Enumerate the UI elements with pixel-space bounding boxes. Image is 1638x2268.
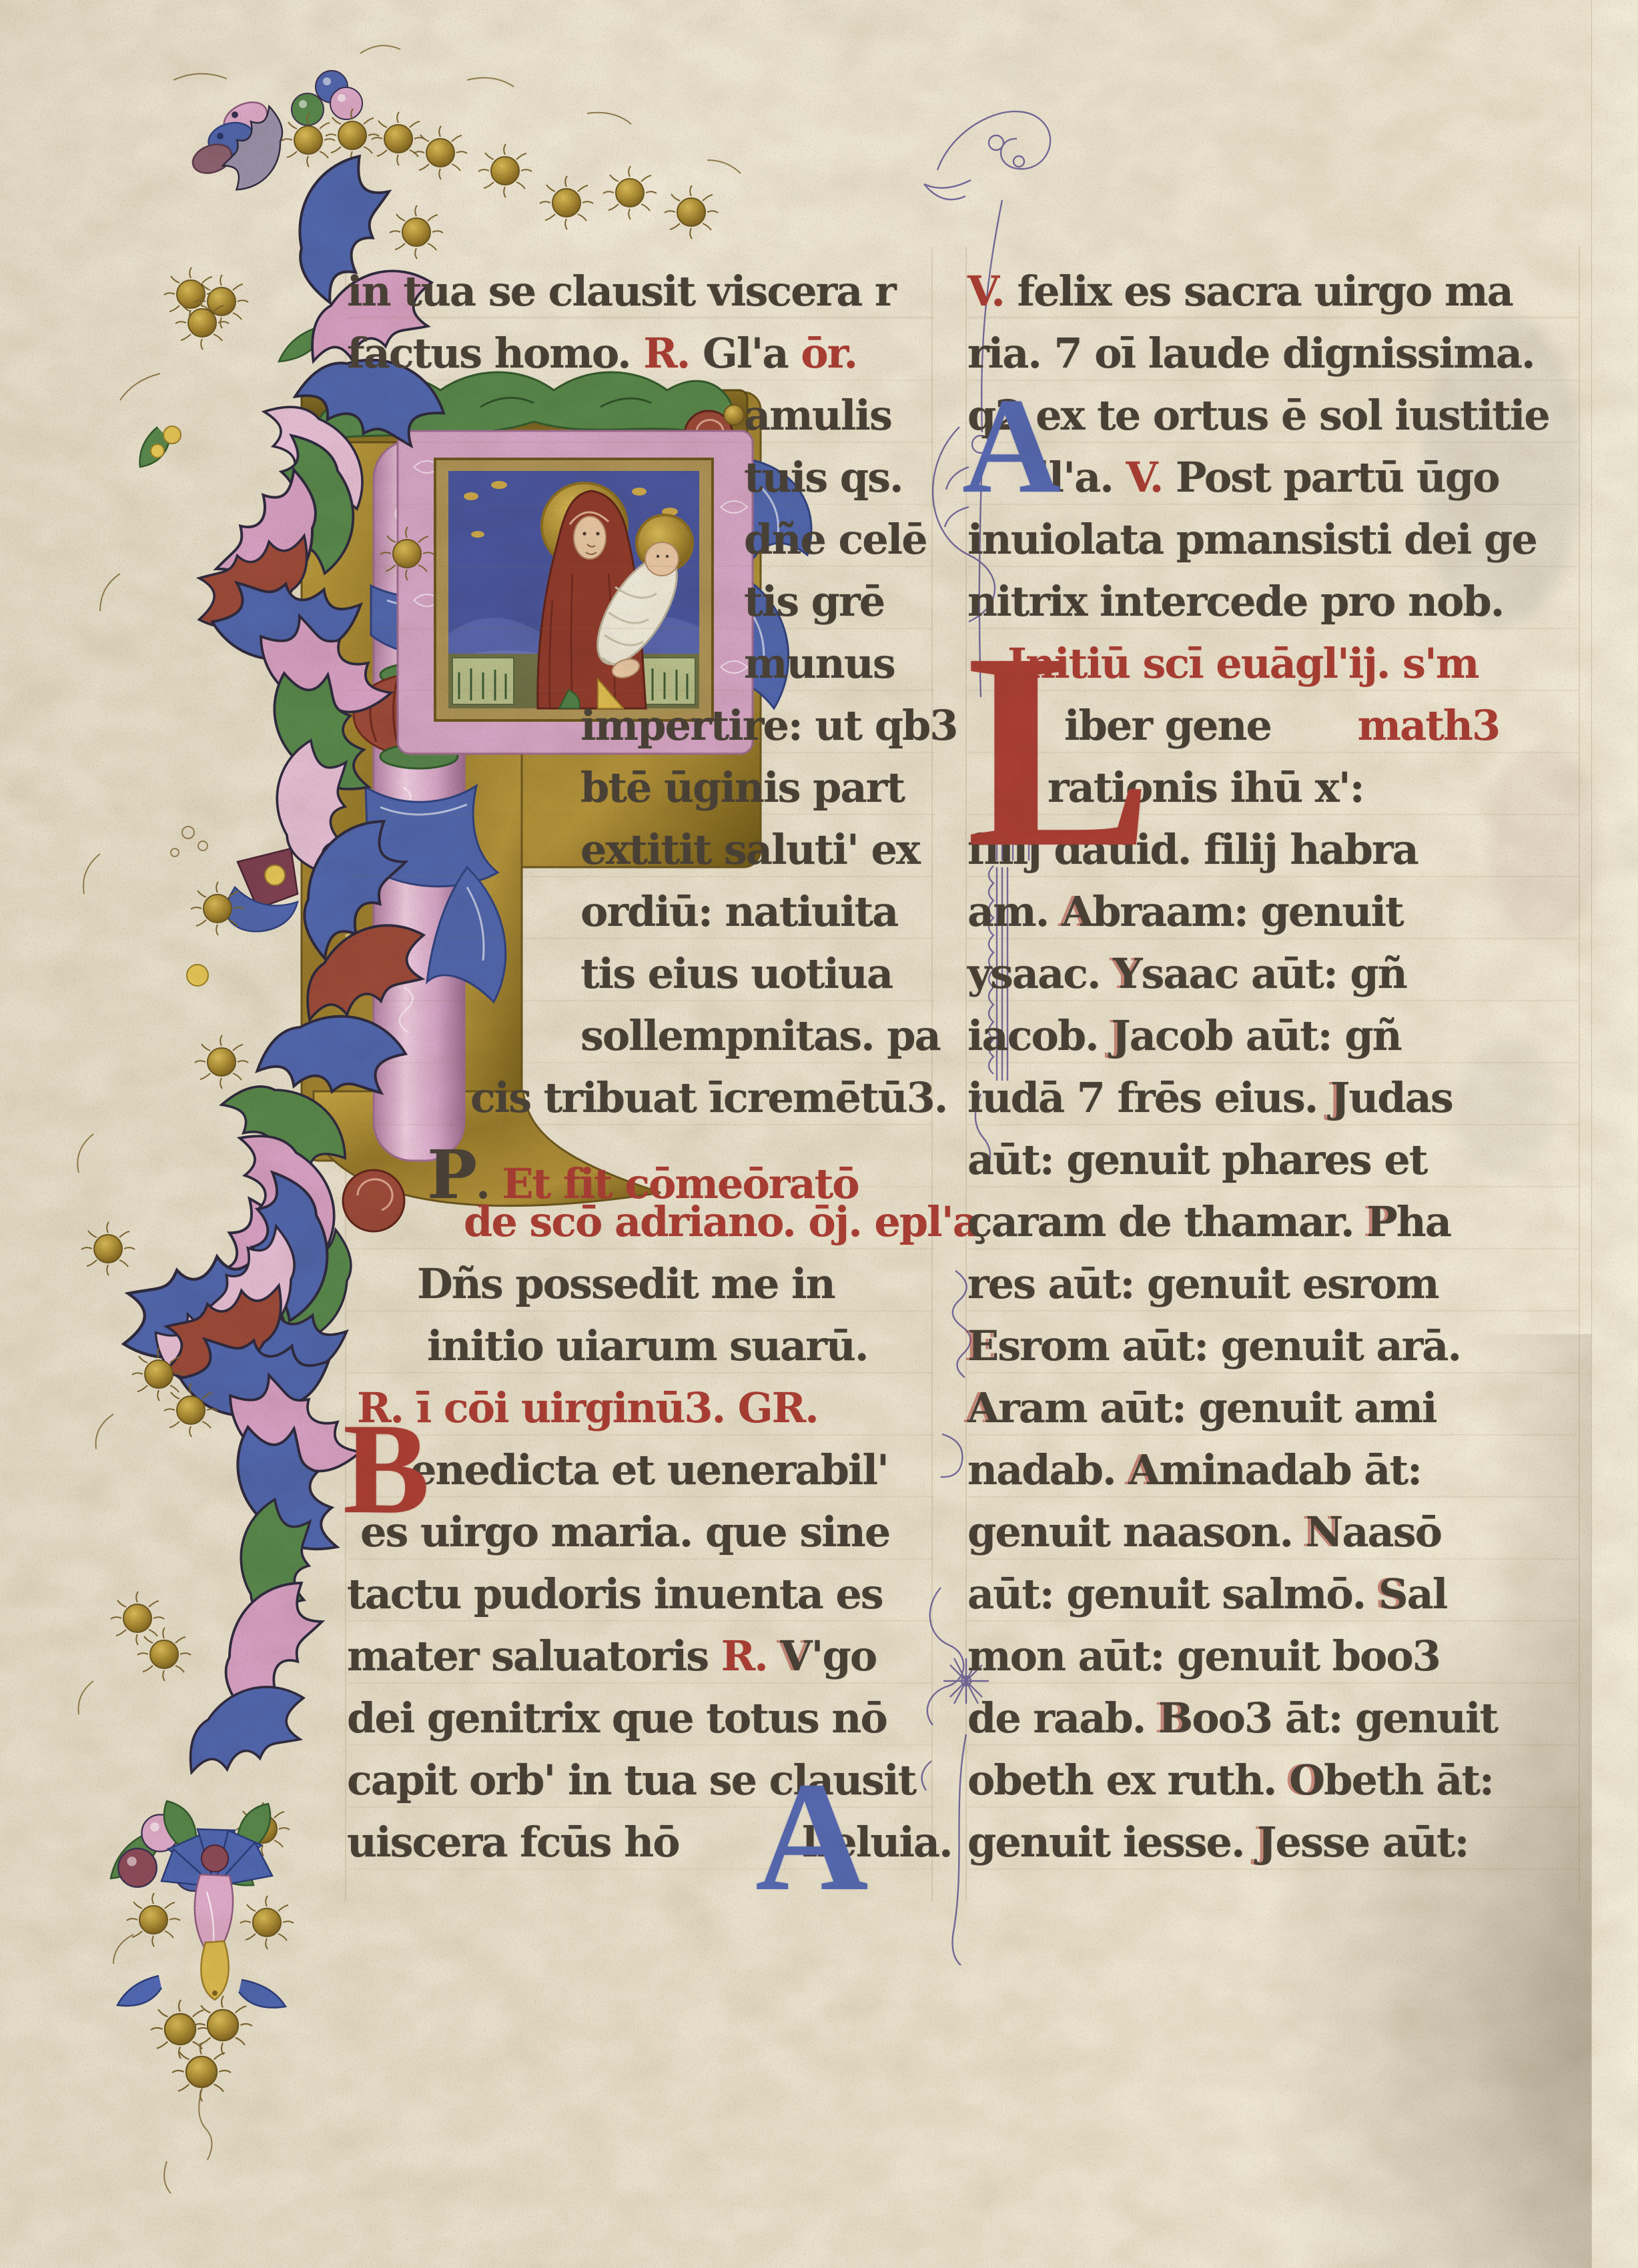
text-line: initio uiarum suarū. bbox=[427, 1321, 868, 1383]
body-text: tis grē bbox=[744, 577, 884, 626]
body-text: J bbox=[1330, 1073, 1348, 1122]
rubric-text: de scō adriano. ōj. epl'a bbox=[464, 1197, 978, 1246]
text-line: dei genitrix que totus nō bbox=[347, 1694, 887, 1756]
body-text: minadab āt: bbox=[1159, 1446, 1421, 1494]
body-text: munus bbox=[744, 639, 895, 688]
rubric-text: V. bbox=[967, 267, 1017, 316]
body-text: oo3 āt: genuit bbox=[1192, 1694, 1497, 1742]
text-line: factus homo. R. Gl'a ōr. bbox=[347, 329, 857, 391]
body-text: sollempnitas. pa bbox=[580, 1011, 940, 1060]
manuscript-page: in tua se clausit viscera rfactus homo. … bbox=[0, 0, 1638, 2268]
body-text: esse aūt: bbox=[1276, 1818, 1469, 1866]
text-line: iacob. Jacob aūt: gñ bbox=[967, 1011, 1401, 1073]
body-text: Gl'a bbox=[703, 329, 801, 378]
body-text: genuit iesse. bbox=[967, 1818, 1257, 1866]
left-text-column: in tua se clausit viscera rfactus homo. … bbox=[347, 267, 934, 1881]
text-line: tactu pudoris inuenta es bbox=[347, 1570, 883, 1632]
text-line: ysaac. Ysaac aūt: gñ bbox=[967, 949, 1406, 1011]
text-line: munus bbox=[744, 639, 895, 701]
maroon-blue-bud bbox=[223, 848, 298, 931]
initial-b-benedicta: B bbox=[343, 1404, 430, 1534]
body-text: ha bbox=[1396, 1197, 1451, 1246]
body-text: btē ūginis part bbox=[580, 763, 904, 812]
text-line: Aram aūt: genuit ami bbox=[967, 1383, 1437, 1446]
text-line: mater saluatoris R. V'go bbox=[347, 1632, 876, 1694]
ruling-line bbox=[1579, 247, 1580, 1901]
body-text: mater saluatoris bbox=[347, 1632, 721, 1680]
body-text: S bbox=[1378, 1570, 1407, 1618]
blue-flower bbox=[161, 1801, 272, 2000]
body-text: çaram de thamar. bbox=[967, 1197, 1366, 1246]
body-text: 'go bbox=[811, 1632, 877, 1680]
body-text: felix es sacra uirgo ma bbox=[1017, 267, 1512, 316]
text-line: enedicta et uenerabil' bbox=[410, 1446, 888, 1508]
body-text: ysaac. bbox=[967, 949, 1113, 998]
text-line: tis eius uotiua bbox=[580, 949, 892, 1011]
rubric-text: ōr. bbox=[801, 329, 857, 378]
page-edge bbox=[1591, 0, 1638, 2268]
initial-a-alleluia: A bbox=[755, 1758, 869, 1915]
body-text: B bbox=[1158, 1694, 1192, 1742]
rubric-text: math3 bbox=[1358, 701, 1500, 750]
body-text: Y bbox=[1113, 949, 1141, 998]
body-text: tis eius uotiua bbox=[580, 949, 892, 998]
body-text: ram aūt: genuit ami bbox=[998, 1383, 1436, 1432]
body-text: nadab. bbox=[967, 1446, 1128, 1494]
text-line: aūt: genuit phares et bbox=[967, 1135, 1426, 1197]
text-line: V. felix es sacra uirgo ma bbox=[967, 267, 1513, 329]
text-line: in tua se clausit viscera r bbox=[347, 267, 895, 329]
body-text: V bbox=[780, 1632, 811, 1680]
text-line: impertire: ut qb3 bbox=[580, 701, 957, 763]
body-text: inuiolata pmansisti dei ge bbox=[967, 515, 1537, 564]
text-line: ll'a. V. Post partū ūgo bbox=[1034, 453, 1499, 515]
body-text: iacob. bbox=[967, 1011, 1111, 1060]
text-line: inuiolata pmansisti dei ge bbox=[967, 515, 1537, 577]
text-line: dñe celē bbox=[744, 515, 927, 577]
body-text: factus homo. bbox=[347, 329, 643, 378]
body-text: ordiū: natiuita bbox=[580, 887, 897, 936]
body-text: tactu pudoris inuenta es bbox=[347, 1570, 883, 1618]
rubric-text: V. bbox=[1126, 453, 1175, 502]
body-text: iudā 7 frēs eius. bbox=[967, 1073, 1330, 1122]
body-text: aasō bbox=[1342, 1508, 1441, 1556]
body-text: P bbox=[1366, 1197, 1396, 1246]
body-text: impertire: ut qb3 bbox=[580, 701, 957, 750]
text-line: tuis qs. bbox=[744, 453, 903, 515]
ruling-line bbox=[345, 247, 346, 1901]
body-text: aūt: genuit phares et bbox=[967, 1135, 1426, 1184]
body-text: tuis qs. bbox=[744, 453, 903, 502]
body-text: uiscera fcūs hō bbox=[347, 1818, 692, 1866]
body-text: cis tribuat īcremētū3. bbox=[470, 1073, 947, 1122]
body-text: dei genitrix que totus nō bbox=[347, 1694, 887, 1742]
body-text: amulis bbox=[744, 391, 891, 440]
body-text: N bbox=[1306, 1508, 1342, 1556]
body-text: E bbox=[967, 1321, 997, 1370]
text-line: aūt: genuit salmō. Sal bbox=[967, 1570, 1447, 1632]
blue-leaf-pair bbox=[117, 1976, 286, 2008]
body-text: acob aūt: gñ bbox=[1130, 1011, 1401, 1060]
text-line: obeth ex ruth. Obeth āt: bbox=[967, 1756, 1493, 1818]
body-text: A bbox=[1128, 1446, 1159, 1494]
text-line: de raab. Boo3 āt: genuit bbox=[967, 1694, 1497, 1756]
body-text: A bbox=[967, 1383, 998, 1432]
body-text: aūt: genuit salmō. bbox=[967, 1570, 1378, 1618]
text-line: genuit iesse. Jesse aūt: bbox=[967, 1818, 1469, 1880]
body-text: genuit naason. bbox=[967, 1508, 1306, 1556]
text-line: Dñs possedit me in bbox=[417, 1259, 835, 1321]
text-line: es uirgo maria. que sine bbox=[360, 1508, 889, 1570]
rubric-text: R. bbox=[721, 1632, 781, 1680]
body-text: dñe celē bbox=[744, 515, 927, 564]
yellow-bud bbox=[187, 965, 208, 986]
body-text: es uirgo maria. que sine bbox=[360, 1508, 889, 1556]
body-text: Dñs possedit me in bbox=[417, 1259, 835, 1308]
text-line: extitit saluti' ex bbox=[580, 825, 919, 887]
body-text: initio uiarum suarū. bbox=[427, 1321, 868, 1370]
text-line: btē ūginis part bbox=[580, 763, 904, 825]
body-text: O bbox=[1289, 1756, 1324, 1804]
body-text: beth āt: bbox=[1324, 1756, 1493, 1804]
body-text: saac aūt: gñ bbox=[1141, 949, 1406, 998]
body-text: J bbox=[1257, 1818, 1275, 1866]
body-text: J bbox=[1111, 1011, 1129, 1060]
initial-a-alla: A bbox=[962, 378, 1061, 514]
body-text: srom aūt: genuit arā. bbox=[997, 1321, 1461, 1370]
text-line: amulis bbox=[744, 391, 891, 453]
text-line: çaram de thamar. Pha bbox=[967, 1197, 1451, 1259]
text-line: mon aūt: genuit boo3 bbox=[967, 1632, 1440, 1694]
text-line: cis tribuat īcremētū3. bbox=[470, 1073, 947, 1135]
text-line: Esrom aūt: genuit arā. bbox=[967, 1321, 1461, 1383]
body-text: extitit saluti' ex bbox=[580, 825, 919, 874]
text-line: P. Et fit cōmeōratō bbox=[427, 1135, 859, 1197]
pink-blue-buds bbox=[189, 96, 272, 178]
text-line: res aūt: genuit esrom bbox=[967, 1259, 1439, 1321]
text-line: de scō adriano. ōj. epl'a bbox=[464, 1197, 978, 1259]
body-text: Post partū ūgo bbox=[1176, 453, 1499, 502]
text-line: sollempnitas. pa bbox=[580, 1011, 940, 1073]
text-line: iudā 7 frēs eius. Judas bbox=[967, 1073, 1453, 1135]
body-text: de raab. bbox=[967, 1694, 1158, 1742]
body-text: al bbox=[1407, 1570, 1447, 1618]
text-line: genuit naason. Naasō bbox=[967, 1508, 1441, 1570]
initial-l-liber: L bbox=[966, 610, 1153, 891]
body-text: enedicta et uenerabil' bbox=[410, 1446, 888, 1494]
text-line: tis grē bbox=[744, 577, 884, 639]
rubric-text: R. bbox=[643, 329, 703, 378]
text-line: nadab. Aminadab āt: bbox=[967, 1446, 1421, 1508]
body-text: udas bbox=[1348, 1073, 1453, 1122]
yellow-bud bbox=[140, 426, 181, 467]
body-text: mon aūt: genuit boo3 bbox=[967, 1632, 1440, 1680]
body-text: in tua se clausit viscera r bbox=[347, 267, 895, 316]
body-text: obeth ex ruth. bbox=[967, 1756, 1289, 1804]
body-text: res aūt: genuit esrom bbox=[967, 1259, 1439, 1308]
green-leaf bbox=[279, 327, 320, 362]
text-line: ordiū: natiuita bbox=[580, 887, 897, 949]
